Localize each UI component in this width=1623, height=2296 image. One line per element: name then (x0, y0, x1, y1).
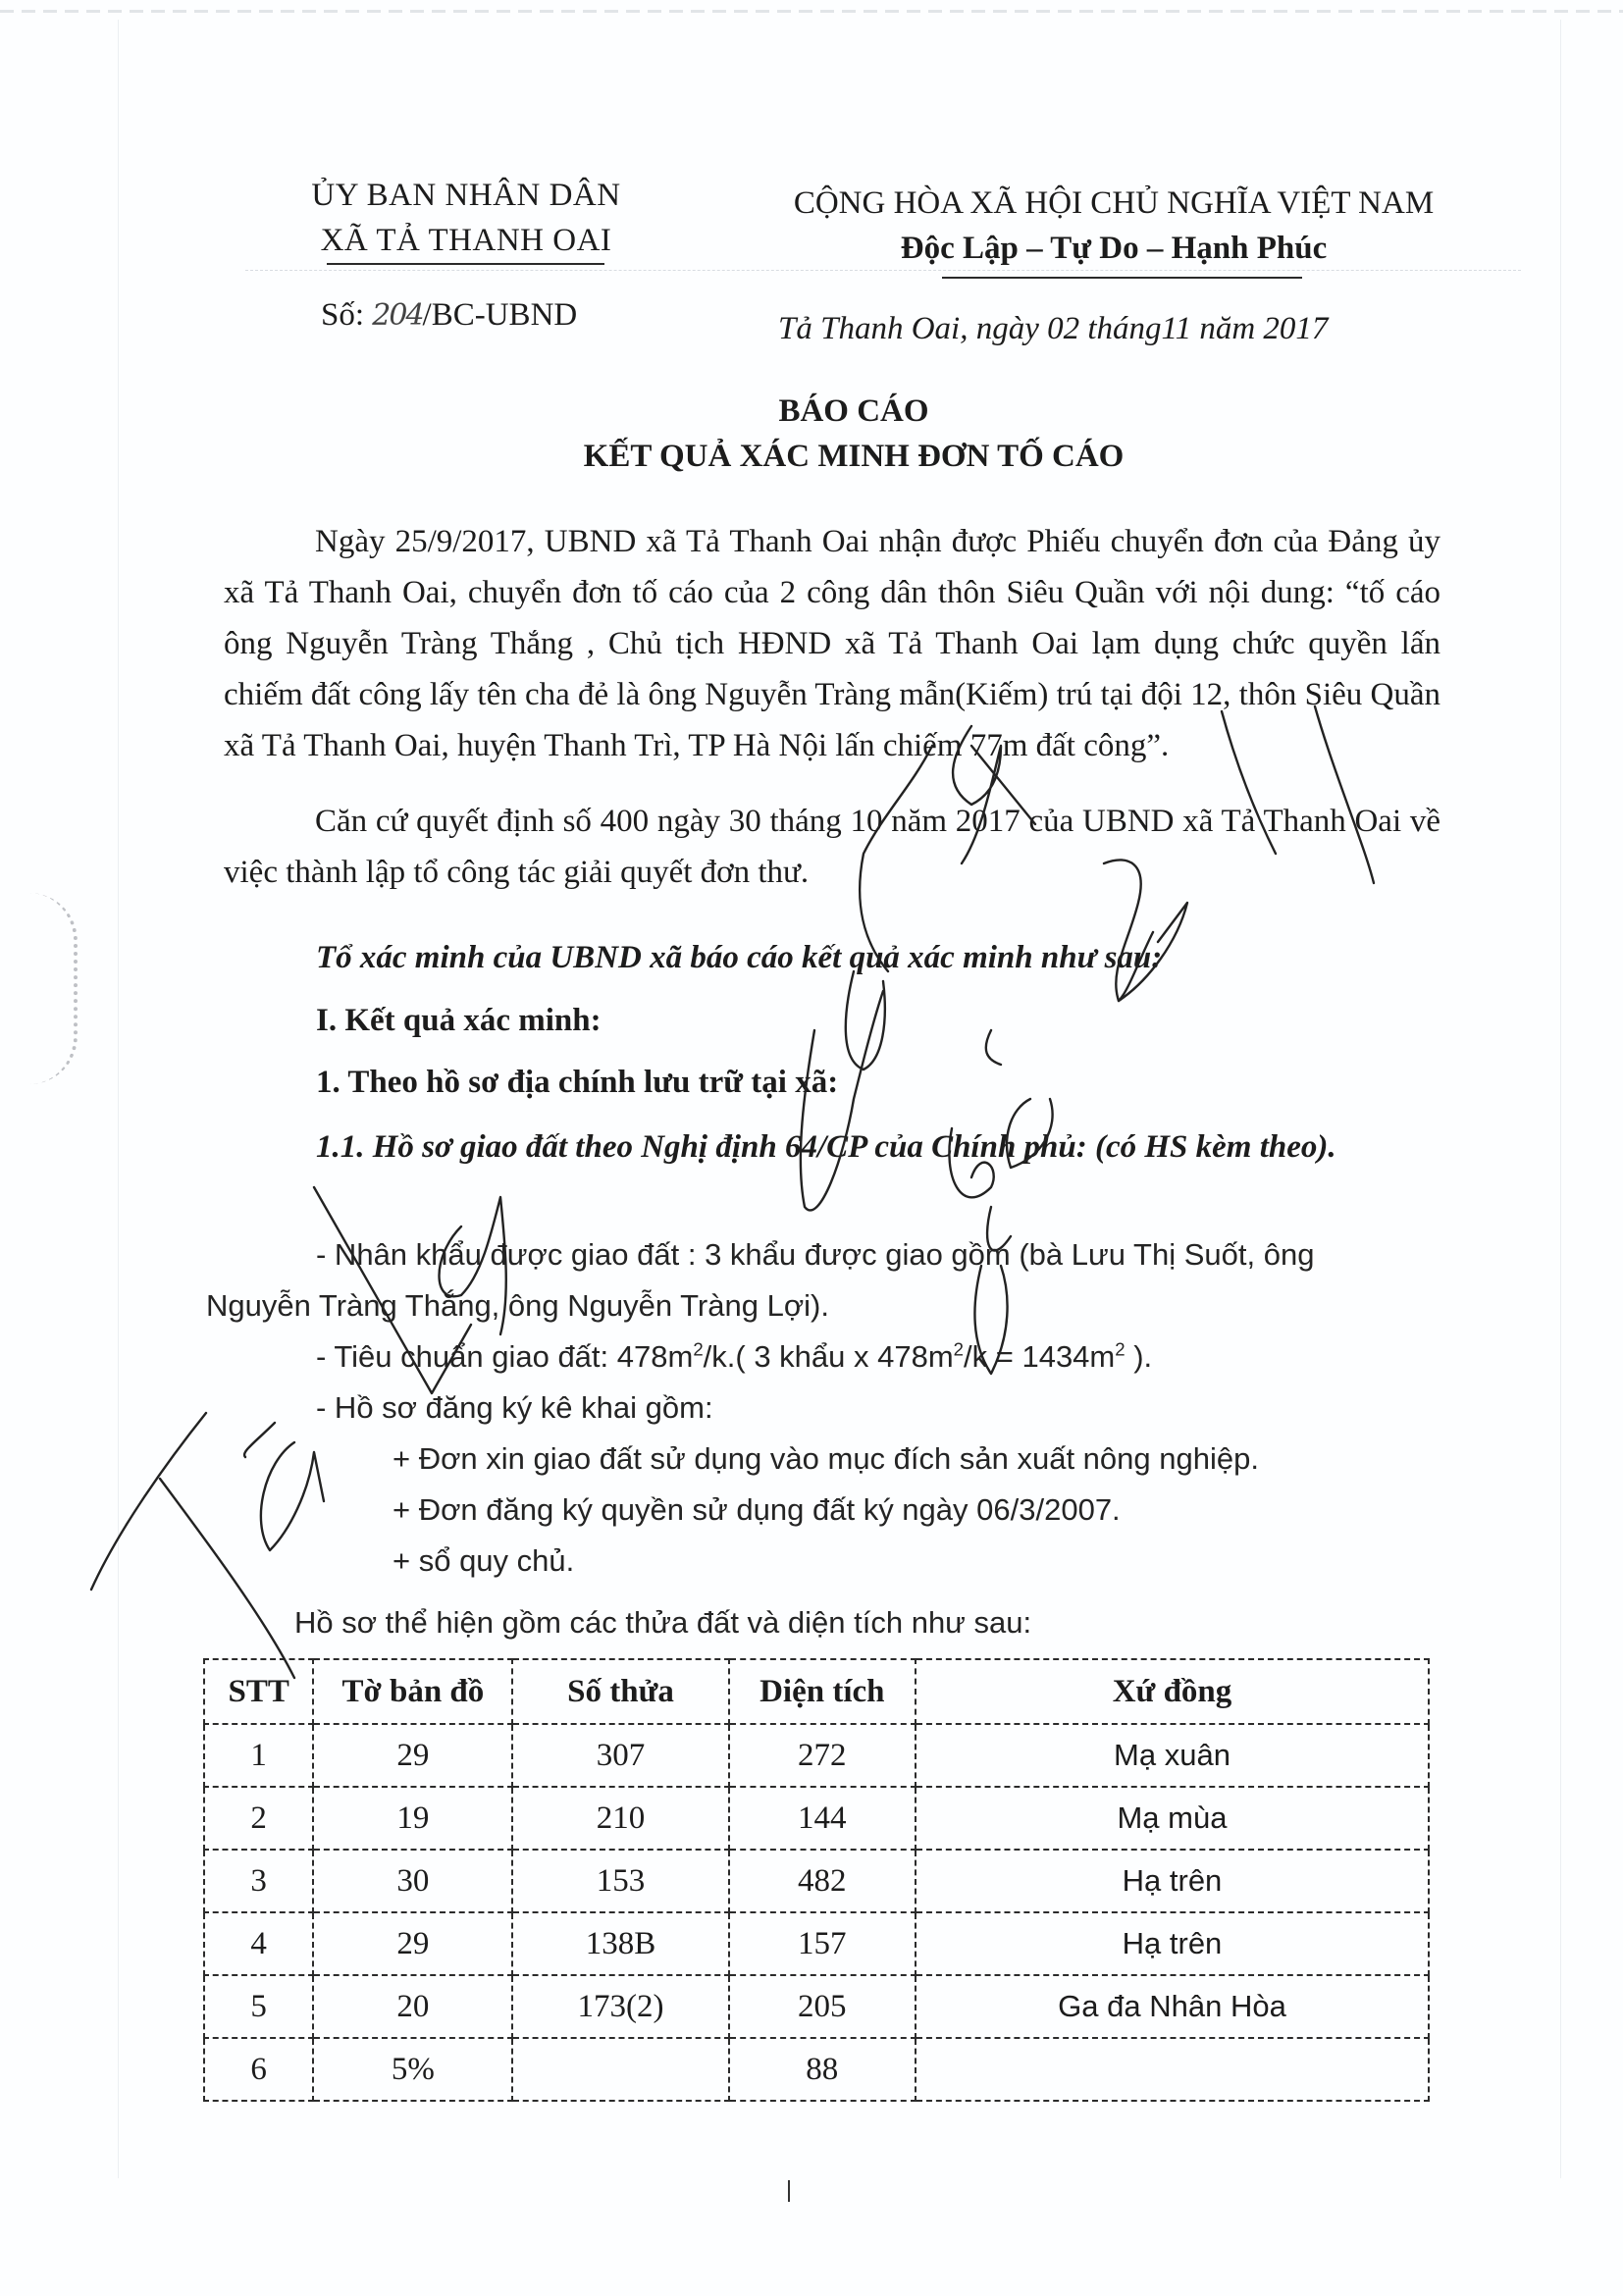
cell-field-location: Mạ mùa (916, 1787, 1429, 1850)
cell-area: 205 (729, 1975, 916, 2038)
superscript: 2 (1115, 1339, 1125, 1360)
document-number: Số: 204/BC-UBND (321, 297, 577, 334)
superscript: 2 (954, 1339, 964, 1360)
col-header-map-sheet: Tờ bản đồ (313, 1659, 512, 1724)
org-line-1: ỦY BAN NHÂN DÂN (280, 173, 653, 218)
cell-field-location (916, 2038, 1429, 2101)
motto-underline (942, 277, 1302, 279)
cell-map-sheet: 5% (313, 2038, 512, 2101)
cell-area: 157 (729, 1912, 916, 1975)
section-heading-1-1: 1.1. Hồ sơ giao đất theo Nghị định 64/CP… (206, 1122, 1442, 1173)
nation-line-2: Độc Lập – Tự Do – Hạnh Phúc (736, 226, 1492, 271)
org-line-2: XÃ TẢ THANH OAI (280, 218, 653, 263)
cell-stt: 4 (204, 1912, 313, 1975)
paragraph-decision: Căn cứ quyết định số 400 ngày 30 tháng 1… (224, 796, 1440, 898)
table-header-row: STT Tờ bản đồ Số thửa Diện tích Xứ đồng (204, 1659, 1429, 1724)
cell-parcel-number: 210 (512, 1787, 728, 1850)
cell-stt: 6 (204, 2038, 313, 2101)
cell-map-sheet: 30 (313, 1850, 512, 1912)
standard-mid: /k.( 3 khẩu x 478m (704, 1339, 954, 1374)
standard-end: /k = 1434m (964, 1339, 1115, 1374)
cell-parcel-number (512, 2038, 728, 2101)
cell-map-sheet: 29 (313, 1912, 512, 1975)
cell-area: 482 (729, 1850, 916, 1912)
cell-stt: 2 (204, 1787, 313, 1850)
stamp-fragment (29, 893, 78, 1084)
col-header-area: Diện tích (729, 1659, 916, 1724)
table-row: 330153482Hạ trên (204, 1850, 1429, 1912)
cell-map-sheet: 20 (313, 1975, 512, 2038)
national-motto: CỘNG HÒA XÃ HỘI CHỦ NGHĨA VIỆT NAM Độc L… (736, 181, 1492, 271)
household-line-2: Nguyễn Tràng Thắng, ông Nguyễn Tràng Lợi… (206, 1280, 1442, 1331)
signature-stroke (91, 1413, 206, 1590)
land-standard: - Tiêu chuẩn giao đất: 478m2/k.( 3 khẩu … (206, 1331, 1442, 1383)
document-title: BÁO CÁO KẾT QUẢ XÁC MINH ĐƠN TỐ CÁO (216, 389, 1492, 479)
col-header-stt: STT (204, 1659, 313, 1724)
cell-stt: 5 (204, 1975, 313, 2038)
signature-stroke (846, 971, 885, 1070)
land-parcel-table: STT Tờ bản đồ Số thửa Diện tích Xứ đồng … (203, 1658, 1430, 2102)
table-row: 429138B157Hạ trên (204, 1912, 1429, 1975)
records-item: + Đơn đăng ký quyền sử dụng đất ký ngày … (206, 1485, 1442, 1536)
cell-field-location: Ga đa Nhân Hòa (916, 1975, 1429, 2038)
number-suffix: /BC-UBND (423, 297, 578, 333)
cell-field-location: Hạ trên (916, 1912, 1429, 1975)
table-row: 219210144Mạ mùa (204, 1787, 1429, 1850)
place-and-date: Tả Thanh Oai, ngày 02 tháng11 năm 2017 (778, 311, 1328, 347)
table-row: 65%88 (204, 2038, 1429, 2101)
scan-mark (788, 2180, 790, 2202)
number-prefix: Số: (321, 297, 372, 333)
number-handwritten: 204 (372, 298, 422, 333)
scan-dotted-line (245, 270, 1521, 272)
standard-label: - Tiêu chuẩn giao đất: 478m (316, 1339, 693, 1374)
superscript: 2 (693, 1339, 703, 1360)
cell-stt: 1 (204, 1724, 313, 1787)
cell-parcel-number: 138B (512, 1912, 728, 1975)
cell-parcel-number: 173(2) (512, 1975, 728, 2038)
cell-area: 88 (729, 2038, 916, 2101)
cell-area: 272 (729, 1724, 916, 1787)
cell-map-sheet: 29 (313, 1724, 512, 1787)
verification-intro: Tổ xác minh của UBND xã báo cáo kết quả … (316, 940, 1162, 976)
document-page: ỦY BAN NHÂN DÂN XÃ TẢ THANH OAI CỘNG HÒA… (0, 0, 1623, 2296)
cell-stt: 3 (204, 1850, 313, 1912)
scan-artifact-top (0, 10, 1623, 13)
standard-close: ). (1126, 1339, 1153, 1374)
records-label: - Hồ sơ đăng ký kê khai gồm: (206, 1383, 1442, 1434)
issuing-organization: ỦY BAN NHÂN DÂN XÃ TẢ THANH OAI (280, 173, 653, 263)
cell-parcel-number: 153 (512, 1850, 728, 1912)
table-intro: Hồ sơ thể hiện gồm các thửa đất và diện … (294, 1605, 1031, 1641)
cell-parcel-number: 307 (512, 1724, 728, 1787)
org-underline (327, 263, 604, 265)
table-row: 520173(2)205Ga đa Nhân Hòa (204, 1975, 1429, 2038)
cell-map-sheet: 19 (313, 1787, 512, 1850)
paragraph-complaint: Ngày 25/9/2017, UBND xã Tả Thanh Oai nhậ… (224, 516, 1440, 771)
cell-field-location: Hạ trên (916, 1850, 1429, 1912)
cell-area: 144 (729, 1787, 916, 1850)
title-line-2: KẾT QUẢ XÁC MINH ĐƠN TỐ CÁO (216, 434, 1492, 479)
signature-stroke (986, 1030, 1001, 1065)
household-line-1: - Nhân khẩu được giao đất : 3 khẩu được … (206, 1229, 1442, 1280)
col-header-field-location: Xứ đồng (916, 1659, 1429, 1724)
scan-artifact-line (1560, 20, 1561, 2178)
nation-line-1: CỘNG HÒA XÃ HỘI CHỦ NGHĨA VIỆT NAM (736, 181, 1492, 226)
cell-field-location: Mạ xuân (916, 1724, 1429, 1787)
land-records-details: - Nhân khẩu được giao đất : 3 khẩu được … (206, 1229, 1442, 1587)
col-header-parcel-number: Số thửa (512, 1659, 728, 1724)
table-row: 129307272Mạ xuân (204, 1724, 1429, 1787)
scan-artifact-line (118, 20, 119, 2178)
title-line-1: BÁO CÁO (216, 389, 1492, 434)
section-heading-1: 1. Theo hồ sơ địa chính lưu trữ tại xã: (316, 1065, 838, 1101)
records-item: + Đơn xin giao đất sử dụng vào mục đích … (206, 1434, 1442, 1485)
records-item: + sổ quy chủ. (206, 1536, 1442, 1587)
section-heading-I: I. Kết quả xác minh: (316, 1003, 602, 1039)
